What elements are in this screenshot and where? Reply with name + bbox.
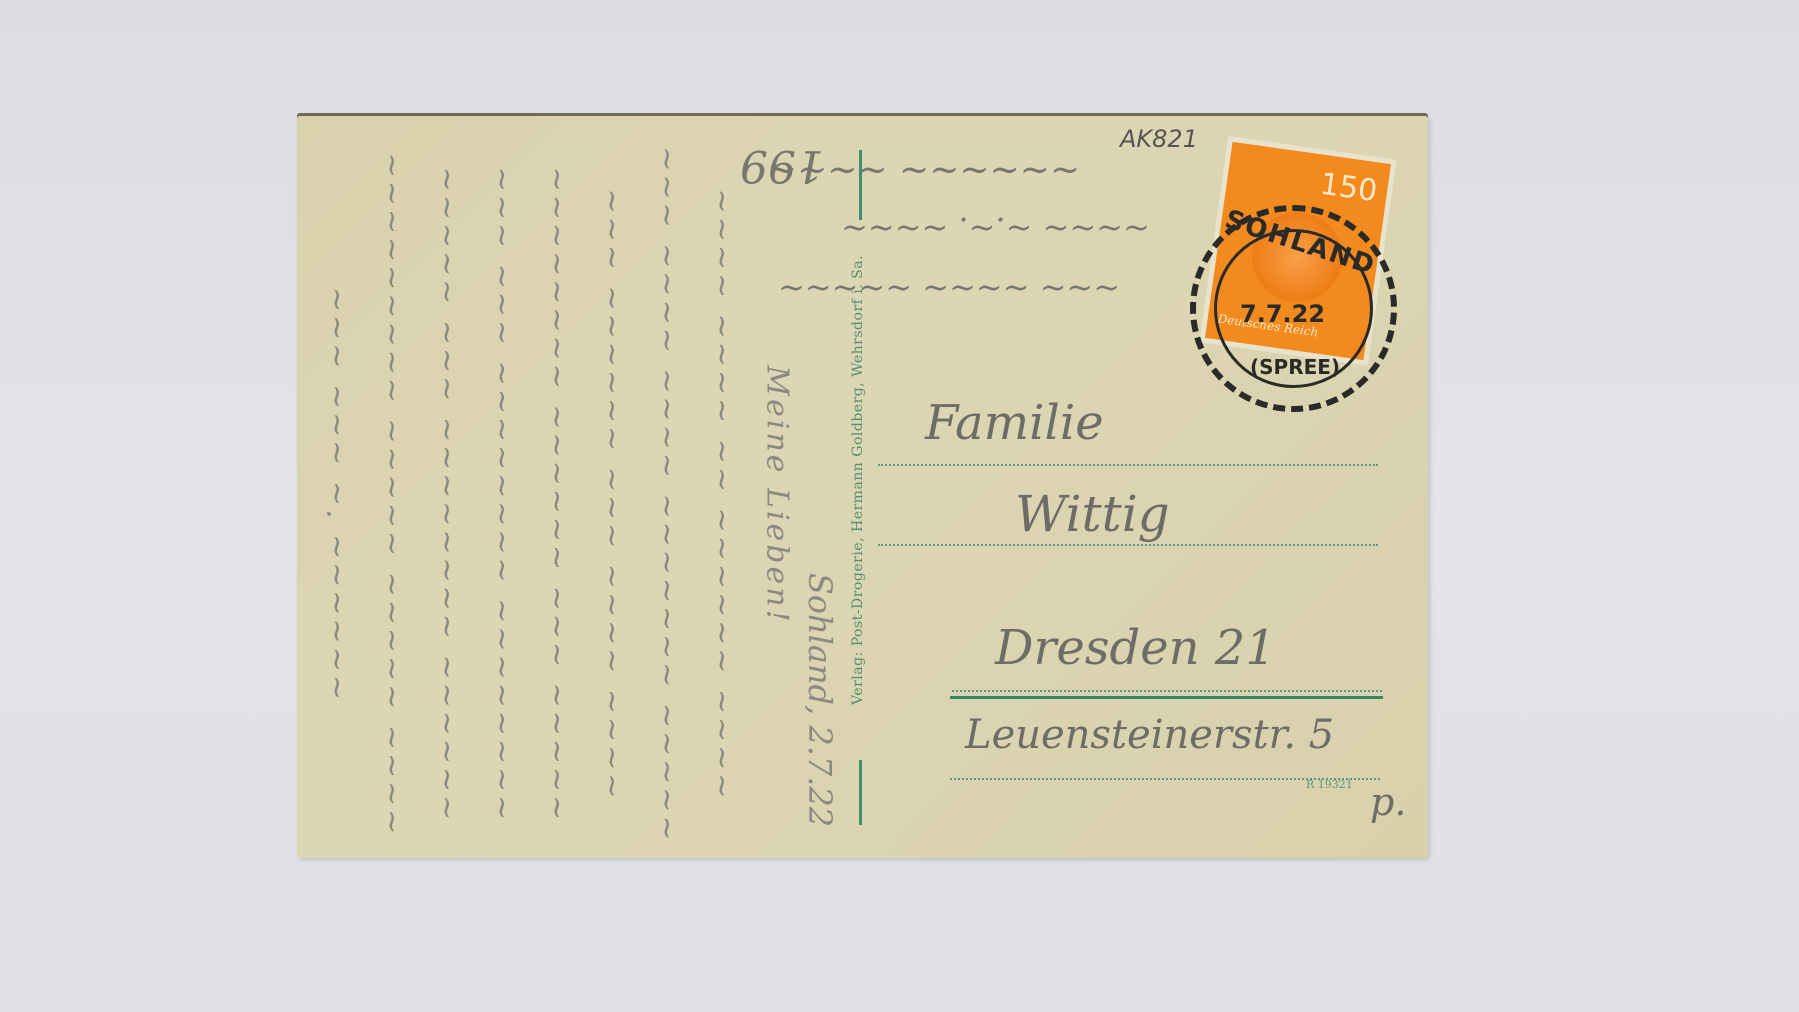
address-line-rule <box>878 544 1378 546</box>
message-line: ~~~ ~~~ ~. ~~~~~~ <box>320 150 354 840</box>
message-greeting: Meine Lieben! <box>760 150 794 840</box>
sender-note-line: ~~~~ ~.~. ~~~~ <box>841 210 1150 248</box>
address-line-rule <box>878 464 1378 466</box>
message-line: ~~~~~~~~~ ~~~~~ ~~~~~ ~~~~ <box>375 150 409 840</box>
message-line: ~~~ ~~~ ~~~~~~~~ ~~~~~~~~ <box>485 150 519 840</box>
message-line: ~~~~~ ~~~ ~~~~~~~~ ~~~~~~ <box>430 150 464 840</box>
message-line: ~~~~~~~~ ~~~~~~ ~~~ ~~~~~ <box>540 150 574 840</box>
message-body: Meine Lieben! ~~~~ ~~~~ ~~ ~~~~~~ ~~~~ ~… <box>320 150 840 840</box>
postmark-date: 7.7.22 <box>1240 300 1325 328</box>
message-line: ~~~ ~~~~~~ ~~~ ~~~~ ~~~~ <box>595 150 629 840</box>
message-line: ~~~~ ~~~~ ~~ ~~~~~~ ~~~~ <box>705 150 739 840</box>
publisher-imprint: Verlag: Post-Drogerie, Hermann Goldberg,… <box>838 180 878 780</box>
address-line-rule-solid <box>950 696 1383 699</box>
address-floor: p. <box>1370 780 1406 824</box>
address-city: Dresden 21 <box>995 620 1276 676</box>
address-line-rule <box>952 690 1382 692</box>
address-street: Leuensteinerstr. 5 <box>965 712 1334 758</box>
message-line: ~~~ ~~~~ ~~~~ ~~~~~~~ ~~~~~ <box>650 150 684 840</box>
postmark-subtitle: (SPREE) <box>1250 355 1340 379</box>
print-number: R 19321 <box>1306 778 1353 791</box>
address-recipient-name: Wittig <box>1015 485 1170 543</box>
address-recipient-prefix: Familie <box>925 395 1104 451</box>
